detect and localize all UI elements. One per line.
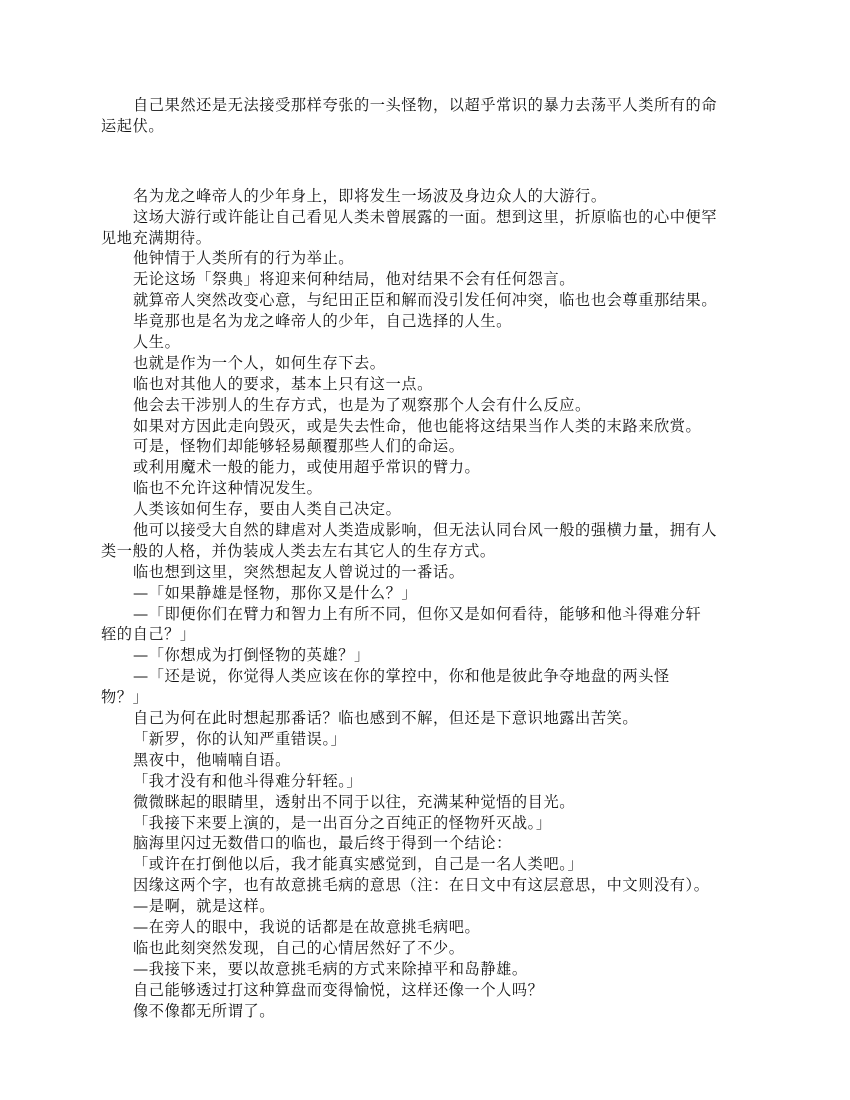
- text-line: 可是，怪物们却能够轻易颠覆那些人们的命运。: [101, 436, 761, 457]
- text-line: 他钟情于人类所有的行为举止。: [101, 248, 761, 269]
- text-line: 临也对其他人的要求，基本上只有这一点。: [101, 374, 761, 395]
- text-line: 就算帝人突然改变心意，与纪田正臣和解而没引发任何冲突，临也也会尊重那结果。: [101, 290, 761, 311]
- text-line: 自己为何在此时想起那番话？临也感到不解，但还是下意识地露出苦笑。: [101, 708, 761, 729]
- document-page: 自己果然还是无法接受那样夸张的一头怪物，以超乎常识的暴力去荡平人类所有的命运起伏…: [101, 95, 761, 1021]
- text-line: 「新罗，你的认知严重错误。」: [101, 729, 761, 750]
- text-line: 这场大游行或许能让自己看见人类未曾展露的一面。想到这里，折原临也的心中便罕: [101, 207, 761, 228]
- text-line: 物？」: [101, 687, 761, 708]
- text-line: —「即便你们在臂力和智力上有所不同，但你又是如何看待，能够和他斗得难分轩: [101, 604, 761, 625]
- text-line: 因缘这两个字，也有故意挑毛病的意思（注：在日文中有这层意思，中文则没有）。: [101, 875, 761, 896]
- text-line: 轾的自己？」: [101, 624, 761, 645]
- text-line: —在旁人的眼中，我说的话都是在故意挑毛病吧。: [101, 917, 761, 938]
- text-line: 人类该如何生存，要由人类自己决定。: [101, 499, 761, 520]
- text-line: 见地充满期待。: [101, 228, 761, 249]
- text-line: —我接下来，要以故意挑毛病的方式来除掉平和岛静雄。: [101, 959, 761, 980]
- text-line: 如果对方因此走向毁灭，或是失去性命，他也能将这结果当作人类的末路来欣赏。: [101, 416, 761, 437]
- text-line: 微微眯起的眼睛里，透射出不同于以往，充满某种觉悟的目光。: [101, 792, 761, 813]
- text-line: 也就是作为一个人，如何生存下去。: [101, 353, 761, 374]
- text-line: 他可以接受大自然的肆虐对人类造成影响，但无法认同台风一般的强横力量，拥有人: [101, 520, 761, 541]
- text-line: 他会去干涉别人的生存方式，也是为了观察那个人会有什么反应。: [101, 395, 761, 416]
- text-line: 人生。: [101, 332, 761, 353]
- text-line: —是啊，就是这样。: [101, 896, 761, 917]
- text-line: 名为龙之峰帝人的少年身上，即将发生一场波及身边众人的大游行。: [101, 186, 761, 207]
- text-line: 毕竟那也是名为龙之峰帝人的少年，自己选择的人生。: [101, 311, 761, 332]
- text-line: 自己能够透过打这种算盘而变得愉悦，这样还像一个人吗？: [101, 980, 761, 1001]
- text-line: 临也不允许这种情况发生。: [101, 478, 761, 499]
- text-line: 「我接下来要上演的，是一出百分之百纯正的怪物歼灭战。」: [101, 813, 761, 834]
- text-line: —「你想成为打倒怪物的英雄？」: [101, 645, 761, 666]
- text-line: 临也此刻突然发现，自己的心情居然好了不少。: [101, 938, 761, 959]
- text-line: 自己果然还是无法接受那样夸张的一头怪物，以超乎常识的暴力去荡平人类所有的命: [101, 95, 761, 116]
- text-line: 或利用魔术一般的能力，或使用超乎常识的臂力。: [101, 457, 761, 478]
- text-line: —「还是说，你觉得人类应该在你的掌控中，你和他是彼此争夺地盘的两头怪: [101, 666, 761, 687]
- text-line: 临也想到这里，突然想起友人曾说过的一番话。: [101, 562, 761, 583]
- text-line: 脑海里闪过无数借口的临也，最后终于得到一个结论：: [101, 833, 761, 854]
- text-line: 类一般的人格，并伪装成人类去左右其它人的生存方式。: [101, 541, 761, 562]
- text-line: 「我才没有和他斗得难分轩轾。」: [101, 771, 761, 792]
- text-line: 黑夜中，他喃喃自语。: [101, 750, 761, 771]
- text-line: 无论这场「祭典」将迎来何种结局，他对结果不会有任何怨言。: [101, 269, 761, 290]
- text-line: 「或许在打倒他以后，我才能真实感觉到，自己是一名人类吧。」: [101, 854, 761, 875]
- section-gap: [101, 137, 761, 186]
- paragraph-section-1: 自己果然还是无法接受那样夸张的一头怪物，以超乎常识的暴力去荡平人类所有的命运起伏…: [101, 95, 761, 137]
- text-line: 运起伏。: [101, 116, 761, 137]
- text-line: —「如果静雄是怪物，那你又是什么？」: [101, 583, 761, 604]
- text-line: 像不像都无所谓了。: [101, 1001, 761, 1022]
- paragraph-section-2: 名为龙之峰帝人的少年身上，即将发生一场波及身边众人的大游行。这场大游行或许能让自…: [101, 186, 761, 1022]
